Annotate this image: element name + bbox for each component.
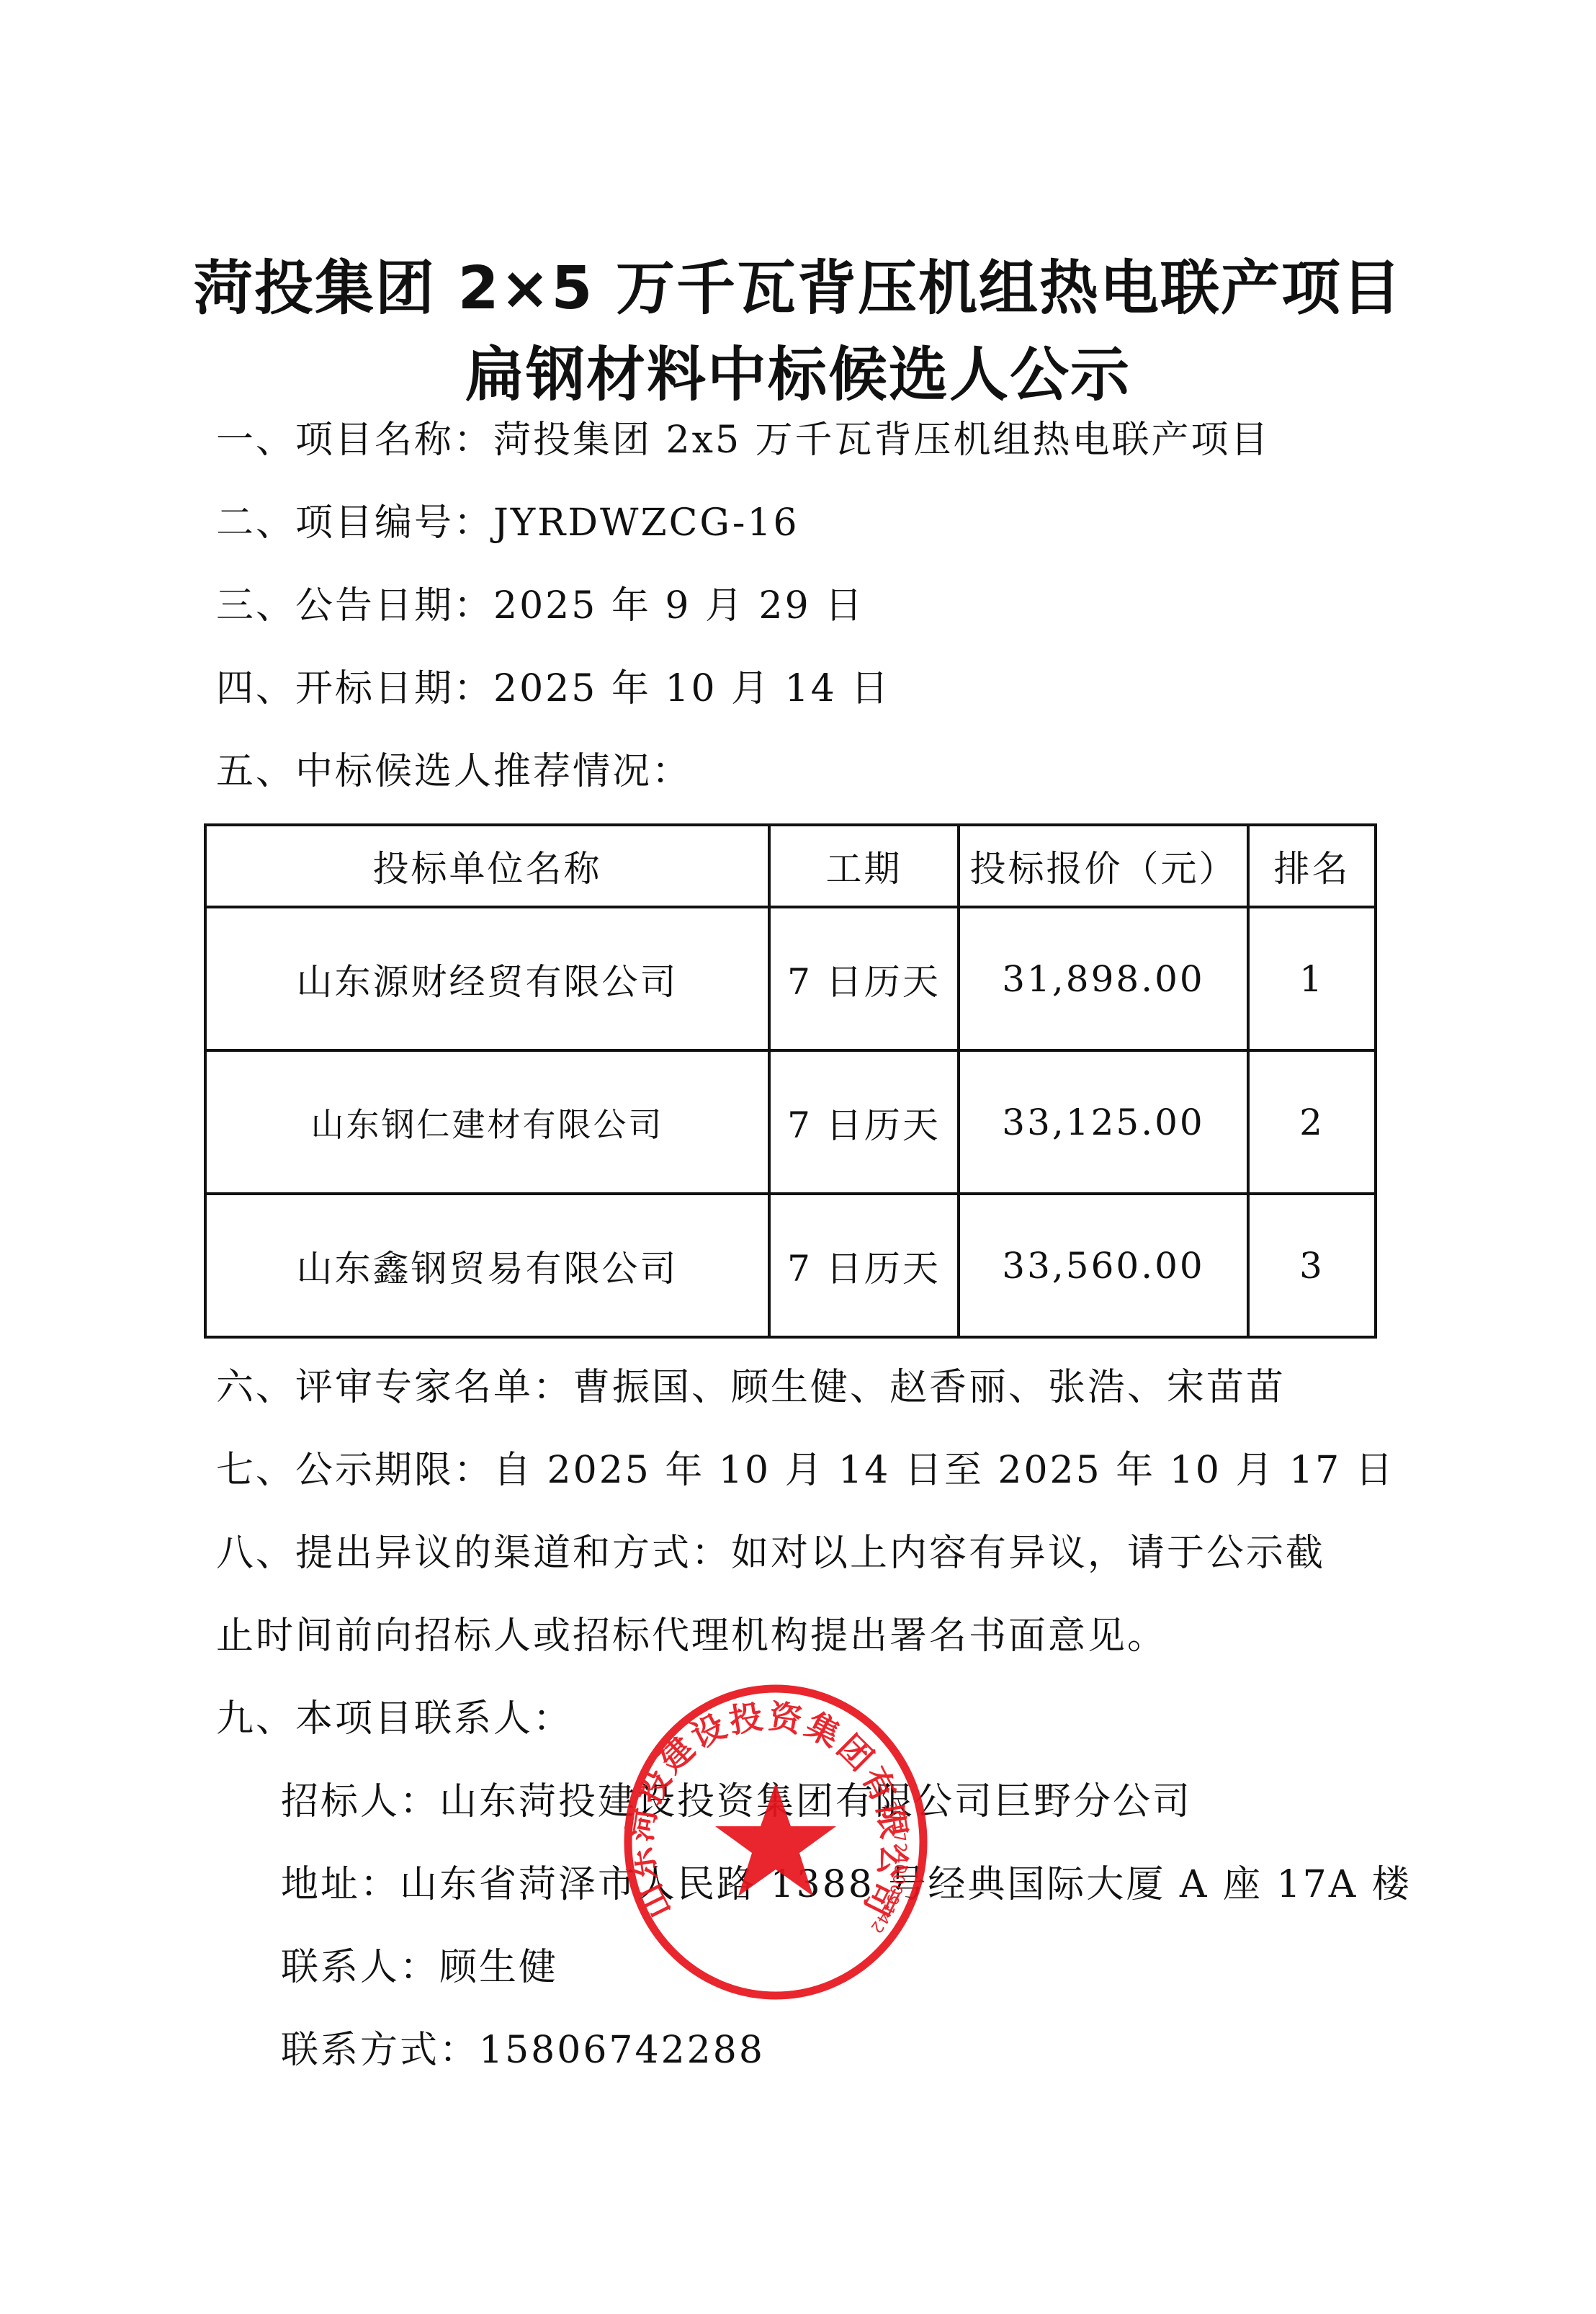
header-rank: 排名 bbox=[1248, 825, 1376, 907]
section-bid-opening-date: 四、开标日期：2025 年 10 月 14 日 bbox=[216, 670, 890, 707]
section-project-number: 二、项目编号：JYRDWZCG-16 bbox=[216, 504, 799, 542]
cell-company: 山东钢仁建材有限公司 bbox=[205, 1050, 769, 1194]
header-price: 投标报价（元） bbox=[959, 825, 1248, 907]
section-candidates-heading: 五、中标候选人推荐情况： bbox=[216, 753, 691, 790]
section-announcement-date: 三、公告日期：2025 年 9 月 29 日 bbox=[216, 587, 864, 625]
cell-rank: 1 bbox=[1248, 907, 1376, 1050]
section-objection-line2: 止时间前向招标人或招标代理机构提出署名书面意见。 bbox=[216, 1617, 1167, 1655]
company-seal-stamp: 山东菏投建设投资集团有限公司 3717240009142 bbox=[616, 1682, 936, 2003]
cell-rank: 2 bbox=[1248, 1050, 1376, 1194]
contact-phone: 联系方式：15806742288 bbox=[281, 2032, 765, 2069]
cell-price: 31,898.00 bbox=[959, 907, 1248, 1050]
cell-company: 山东鑫钢贸易有限公司 bbox=[205, 1194, 769, 1337]
header-company: 投标单位名称 bbox=[205, 825, 769, 907]
section-objection-line1: 八、提出异议的渠道和方式：如对以上内容有异议，请于公示截 bbox=[216, 1535, 1325, 1572]
section-review-experts: 六、评审专家名单：曹振国、顾生健、赵香丽、张浩、宋苗苗 bbox=[216, 1369, 1286, 1406]
cell-rank: 3 bbox=[1248, 1194, 1376, 1337]
table-row: 山东源财经贸有限公司 7 日历天 31,898.00 1 bbox=[205, 907, 1376, 1050]
section-publicity-period: 七、公示期限：自 2025 年 10 月 14 日至 2025 年 10 月 1… bbox=[216, 1452, 1395, 1489]
cell-period: 7 日历天 bbox=[769, 907, 959, 1050]
cell-price: 33,125.00 bbox=[959, 1050, 1248, 1194]
cell-company: 山东源财经贸有限公司 bbox=[205, 907, 769, 1050]
section-project-name: 一、项目名称：菏投集团 2x5 万千瓦背压机组热电联产项目 bbox=[216, 421, 1270, 459]
table-row: 山东鑫钢贸易有限公司 7 日历天 33,560.00 3 bbox=[205, 1194, 1376, 1337]
document-page: 菏投集团 2×5 万千瓦背压机组热电联产项目 扁钢材料中标候选人公示 一、项目名… bbox=[0, 0, 1596, 2314]
cell-price: 33,560.00 bbox=[959, 1194, 1248, 1337]
cell-period: 7 日历天 bbox=[769, 1050, 959, 1194]
section-contacts-heading: 九、本项目联系人： bbox=[216, 1700, 573, 1738]
seal-ring bbox=[628, 1689, 923, 1996]
header-period: 工期 bbox=[769, 825, 959, 907]
cell-period: 7 日历天 bbox=[769, 1194, 959, 1337]
document-title-line2: 扁钢材料中标候选人公示 bbox=[0, 328, 1596, 412]
contact-address: 地址：山东省菏泽市人民路 1388 号经典国际大厦 A 座 17A 楼 bbox=[281, 1866, 1412, 1903]
table-header-row: 投标单位名称 工期 投标报价（元） 排名 bbox=[205, 825, 1376, 907]
candidates-table: 投标单位名称 工期 投标报价（元） 排名 山东源财经贸有限公司 7 日历天 31… bbox=[204, 823, 1377, 1339]
contact-tenderer: 招标人：山东菏投建设投资集团有限公司巨野分公司 bbox=[281, 1783, 1192, 1821]
table-row: 山东钢仁建材有限公司 7 日历天 33,125.00 2 bbox=[205, 1050, 1376, 1194]
contact-person: 联系人：顾生健 bbox=[281, 1949, 558, 1986]
document-title-line1: 菏投集团 2×5 万千瓦背压机组热电联产项目 bbox=[0, 241, 1596, 326]
